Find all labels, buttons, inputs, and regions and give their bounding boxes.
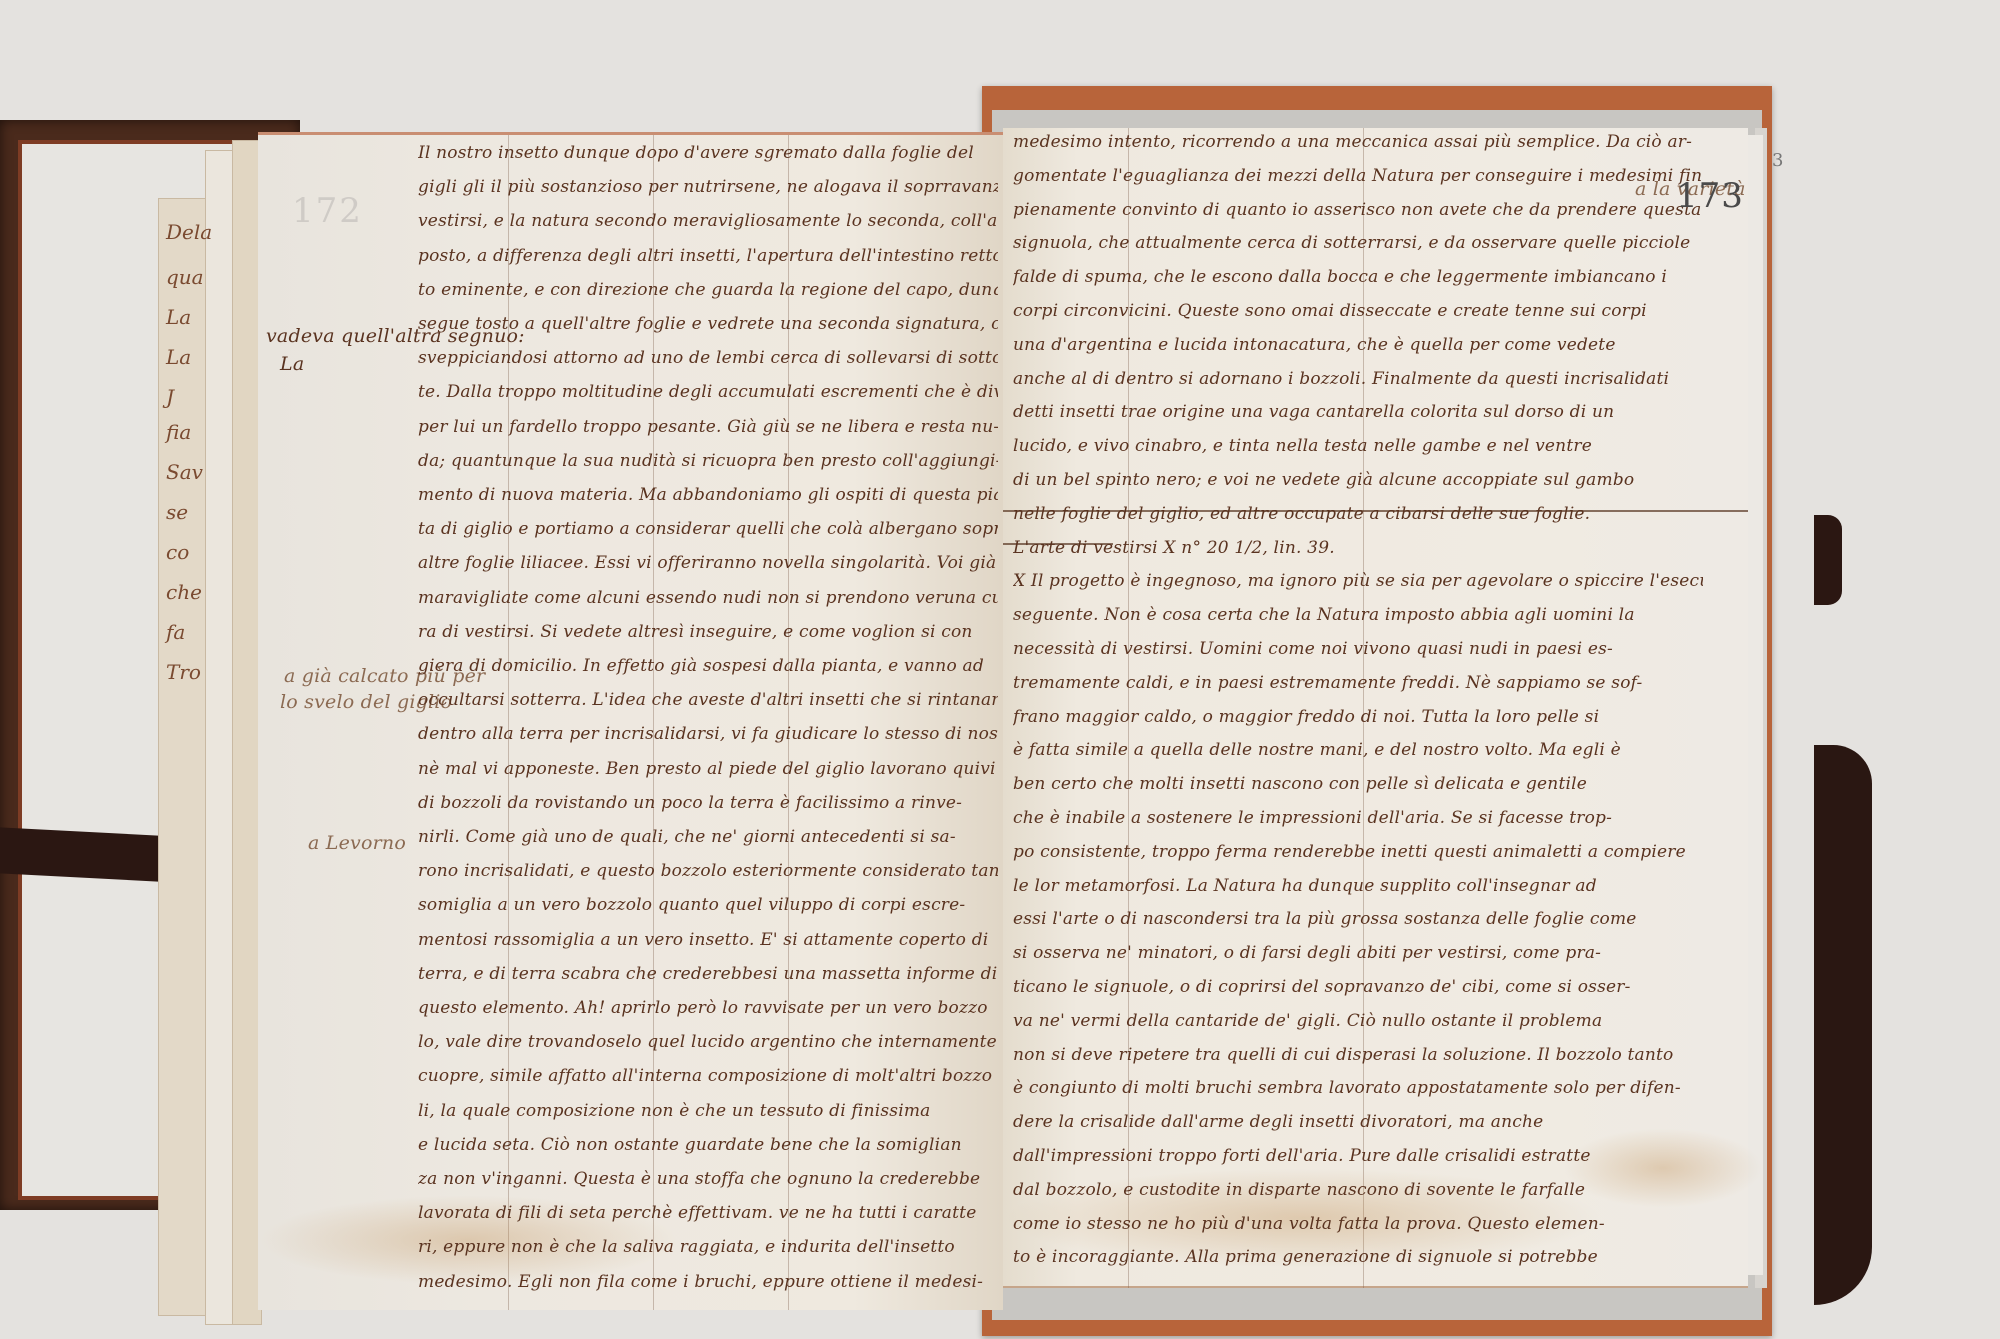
manuscript-line: dere la crisalide dall'arme degli insett… <box>1013 1112 1543 1132</box>
manuscript-line: si osserva ne' minatori, o di farsi degl… <box>1013 943 1601 963</box>
manuscript-line: medesimo intento, ricorrendo a una mecca… <box>1013 132 1692 152</box>
manuscript-line: medesimo. Egli non fila come i bruchi, e… <box>418 1272 983 1292</box>
manuscript-line: te. Dalla troppo moltitudine degli accum… <box>418 382 998 402</box>
manuscript-line: dentro alla terra per incrisalidarsi, vi… <box>418 724 998 744</box>
manuscript-line: mento di nuova materia. Ma abbandoniamo … <box>418 485 998 505</box>
manuscript-line: L'arte di vestirsi X n° 20 1/2, lin. 39. <box>1013 538 1335 558</box>
manuscript-line: detti insetti trae origine una vaga cant… <box>1013 402 1614 422</box>
manuscript-line: to è incoraggiante. Alla prima generazio… <box>1013 1247 1598 1267</box>
manuscript-line: mentosi rassomiglia a un vero insetto. E… <box>418 930 988 950</box>
manuscript-line: pienamente convinto di quanto io asseris… <box>1013 200 1701 220</box>
manuscript-line: rono incrisalidati, e questo bozzolo est… <box>418 861 998 881</box>
manuscript-line: ri, eppure non è che la saliva raggiata,… <box>418 1237 955 1257</box>
fragment-word: Dela <box>166 220 212 244</box>
manuscript-line: somiglia a un vero bozzolo quanto quel v… <box>418 895 965 915</box>
fragment-word: fa <box>166 620 185 644</box>
manuscript-line: nelle foglie del giglio, ed altre occupa… <box>1013 504 1590 524</box>
page-number-superscript: 3 <box>1772 150 1783 171</box>
fragment-word: qua <box>166 265 204 289</box>
manuscript-line: to eminente, e con direzione che guarda … <box>418 280 998 300</box>
fragment-word: J <box>166 385 174 409</box>
manuscript-line: ticano le signuole, o di coprirsi del so… <box>1013 977 1631 997</box>
manuscript-line: ta di giglio e portiamo a considerar que… <box>418 519 998 539</box>
fragment-word: Tro <box>166 660 201 684</box>
manuscript-line: nè mal vi apponeste. Ben presto al piede… <box>418 759 996 779</box>
ribbon-tie-right-lower[interactable] <box>1814 745 1872 1305</box>
manuscript-line: segue tosto a quell'altre foglie e vedre… <box>418 314 998 334</box>
manuscript-line: ben certo che molti insetti nascono con … <box>1013 774 1587 794</box>
manuscript-line: sveppiciandosi attorno ad uno de lembi c… <box>418 348 998 368</box>
fragment-word: La <box>166 305 191 329</box>
manuscript-line: corpi circonvicini. Queste sono omai dis… <box>1013 301 1647 321</box>
ribbon-tie-right-upper[interactable] <box>1814 515 1842 605</box>
manuscript-line: seguente. Non è cosa certa che la Natura… <box>1013 605 1635 625</box>
manuscript-line: altre foglie liliacee. Essi vi offeriran… <box>418 553 996 573</box>
manuscript-line: ra di vestirsi. Si vedete altresì insegu… <box>418 622 973 642</box>
fragment-word: fia <box>166 420 191 444</box>
manuscript-line: za non v'inganni. Questa è una stoffa ch… <box>418 1169 980 1189</box>
manuscript-line: e lucida seta. Ciò non ostante guardate … <box>418 1135 962 1155</box>
manuscript-line: gigli gli il più sostanzioso per nutrirs… <box>418 177 998 197</box>
page-number-right: 173 <box>1676 176 1744 216</box>
manuscript-line: posto, a differenza degli altri insetti,… <box>418 246 998 266</box>
manuscript-line: gomentate l'eguaglianza dei mezzi della … <box>1013 166 1703 186</box>
manuscript-line: per lui un fardello troppo pesante. Già … <box>418 417 998 437</box>
fragment-word: co <box>166 540 189 564</box>
page-number-left: 172 <box>292 191 363 231</box>
manuscript-line: vestirsi, e la natura secondo meraviglio… <box>418 211 998 231</box>
margin-note: La <box>280 353 304 375</box>
manuscript-line: questo elemento. Ah! aprirlo però lo rav… <box>418 998 988 1018</box>
right-manuscript-page: a la varietà medesimo intento, ricorrend… <box>1003 128 1748 1288</box>
manuscript-line: va ne' vermi della cantaride de' gigli. … <box>1013 1011 1602 1031</box>
manuscript-line: X Il progetto è ingegnoso, ma ignoro più… <box>1013 571 1703 591</box>
margin-note: a Levorno <box>308 832 406 854</box>
manuscript-line: terra, e di terra scabra che crederebbes… <box>418 964 997 984</box>
fragment-word: se <box>166 500 188 524</box>
manuscript-line: Il nostro insetto dunque dopo d'avere sg… <box>418 143 974 163</box>
fragment-word: La <box>166 345 191 369</box>
fragment-word: Sav <box>166 460 203 484</box>
manuscript-line: falde di spuma, che le escono dalla bocc… <box>1013 267 1667 287</box>
left-page-text: Il nostro insetto dunque dopo d'avere sg… <box>418 135 998 1310</box>
manuscript-line: nirli. Come già uno de quali, che ne' gi… <box>418 827 956 847</box>
manuscript-line: da; quantunque la sua nudità si ricuopra… <box>418 451 998 471</box>
manuscript-line: una d'argentina e lucida intonacatura, c… <box>1013 335 1616 355</box>
manuscript-line: cuopre, simile affatto all'interna compo… <box>418 1066 992 1086</box>
manuscript-line: che è inabile a sostenere le impressioni… <box>1013 808 1612 828</box>
manuscript-line: tremamente caldi, e in paesi estremament… <box>1013 673 1642 693</box>
manuscript-line: signuola, che attualmente cerca di sotte… <box>1013 233 1690 253</box>
manuscript-line: li, la quale composizione non è che un t… <box>418 1101 931 1121</box>
loose-leaf-fragment <box>205 150 235 1325</box>
manuscript-line: maravigliate come alcuni essendo nudi no… <box>418 588 998 608</box>
manuscript-line: lucido, e vivo cinabro, e tinta nella te… <box>1013 436 1592 456</box>
manuscript-line: come io stesso ne ho più d'una volta fat… <box>1013 1214 1605 1234</box>
manuscript-line: necessità di vestirsi. Uomini come noi v… <box>1013 639 1613 659</box>
ribbon-bookmark-left[interactable] <box>0 827 178 882</box>
manuscript-line: giera di domicilio. In effetto già sospe… <box>418 656 984 676</box>
manuscript-line: dal bozzolo, e custodite in disparte nas… <box>1013 1180 1585 1200</box>
fragment-word: che <box>166 580 202 604</box>
manuscript-line: non si deve ripetere tra quelli di cui d… <box>1013 1045 1674 1065</box>
manuscript-line: di bozzoli da rovistando un poco la terr… <box>418 793 962 813</box>
manuscript-line: è congiunto di molti bruchi sembra lavor… <box>1013 1078 1681 1098</box>
manuscript-line: anche al di dentro si adornano i bozzoli… <box>1013 369 1669 389</box>
manuscript-line: lo, vale dire trovandoselo quel lucido a… <box>418 1032 998 1052</box>
manuscript-line: po consistente, troppo ferma renderebbe … <box>1013 842 1686 862</box>
manuscript-line: essi l'arte o di nascondersi tra la più … <box>1013 909 1637 929</box>
manuscript-line: dall'impressioni troppo forti dell'aria.… <box>1013 1146 1591 1166</box>
manuscript-line: le lor metamorfosi. La Natura ha dunque … <box>1013 876 1597 896</box>
left-manuscript-page: 172 vadeva quell'altra segnuo: La a già … <box>258 132 1003 1310</box>
manuscript-line: è fatta simile a quella delle nostre man… <box>1013 740 1621 760</box>
right-page-text: medesimo intento, ricorrendo a una mecca… <box>1013 128 1703 1288</box>
manuscript-line: di un bel spinto nero; e voi ne vedete g… <box>1013 470 1634 490</box>
manuscript-line: frano maggior caldo, o maggior freddo di… <box>1013 707 1599 727</box>
manuscript-line: occultarsi sotterra. L'idea che aveste d… <box>418 690 998 710</box>
manuscript-line: lavorata di fili di seta perchè effettiv… <box>418 1203 976 1223</box>
